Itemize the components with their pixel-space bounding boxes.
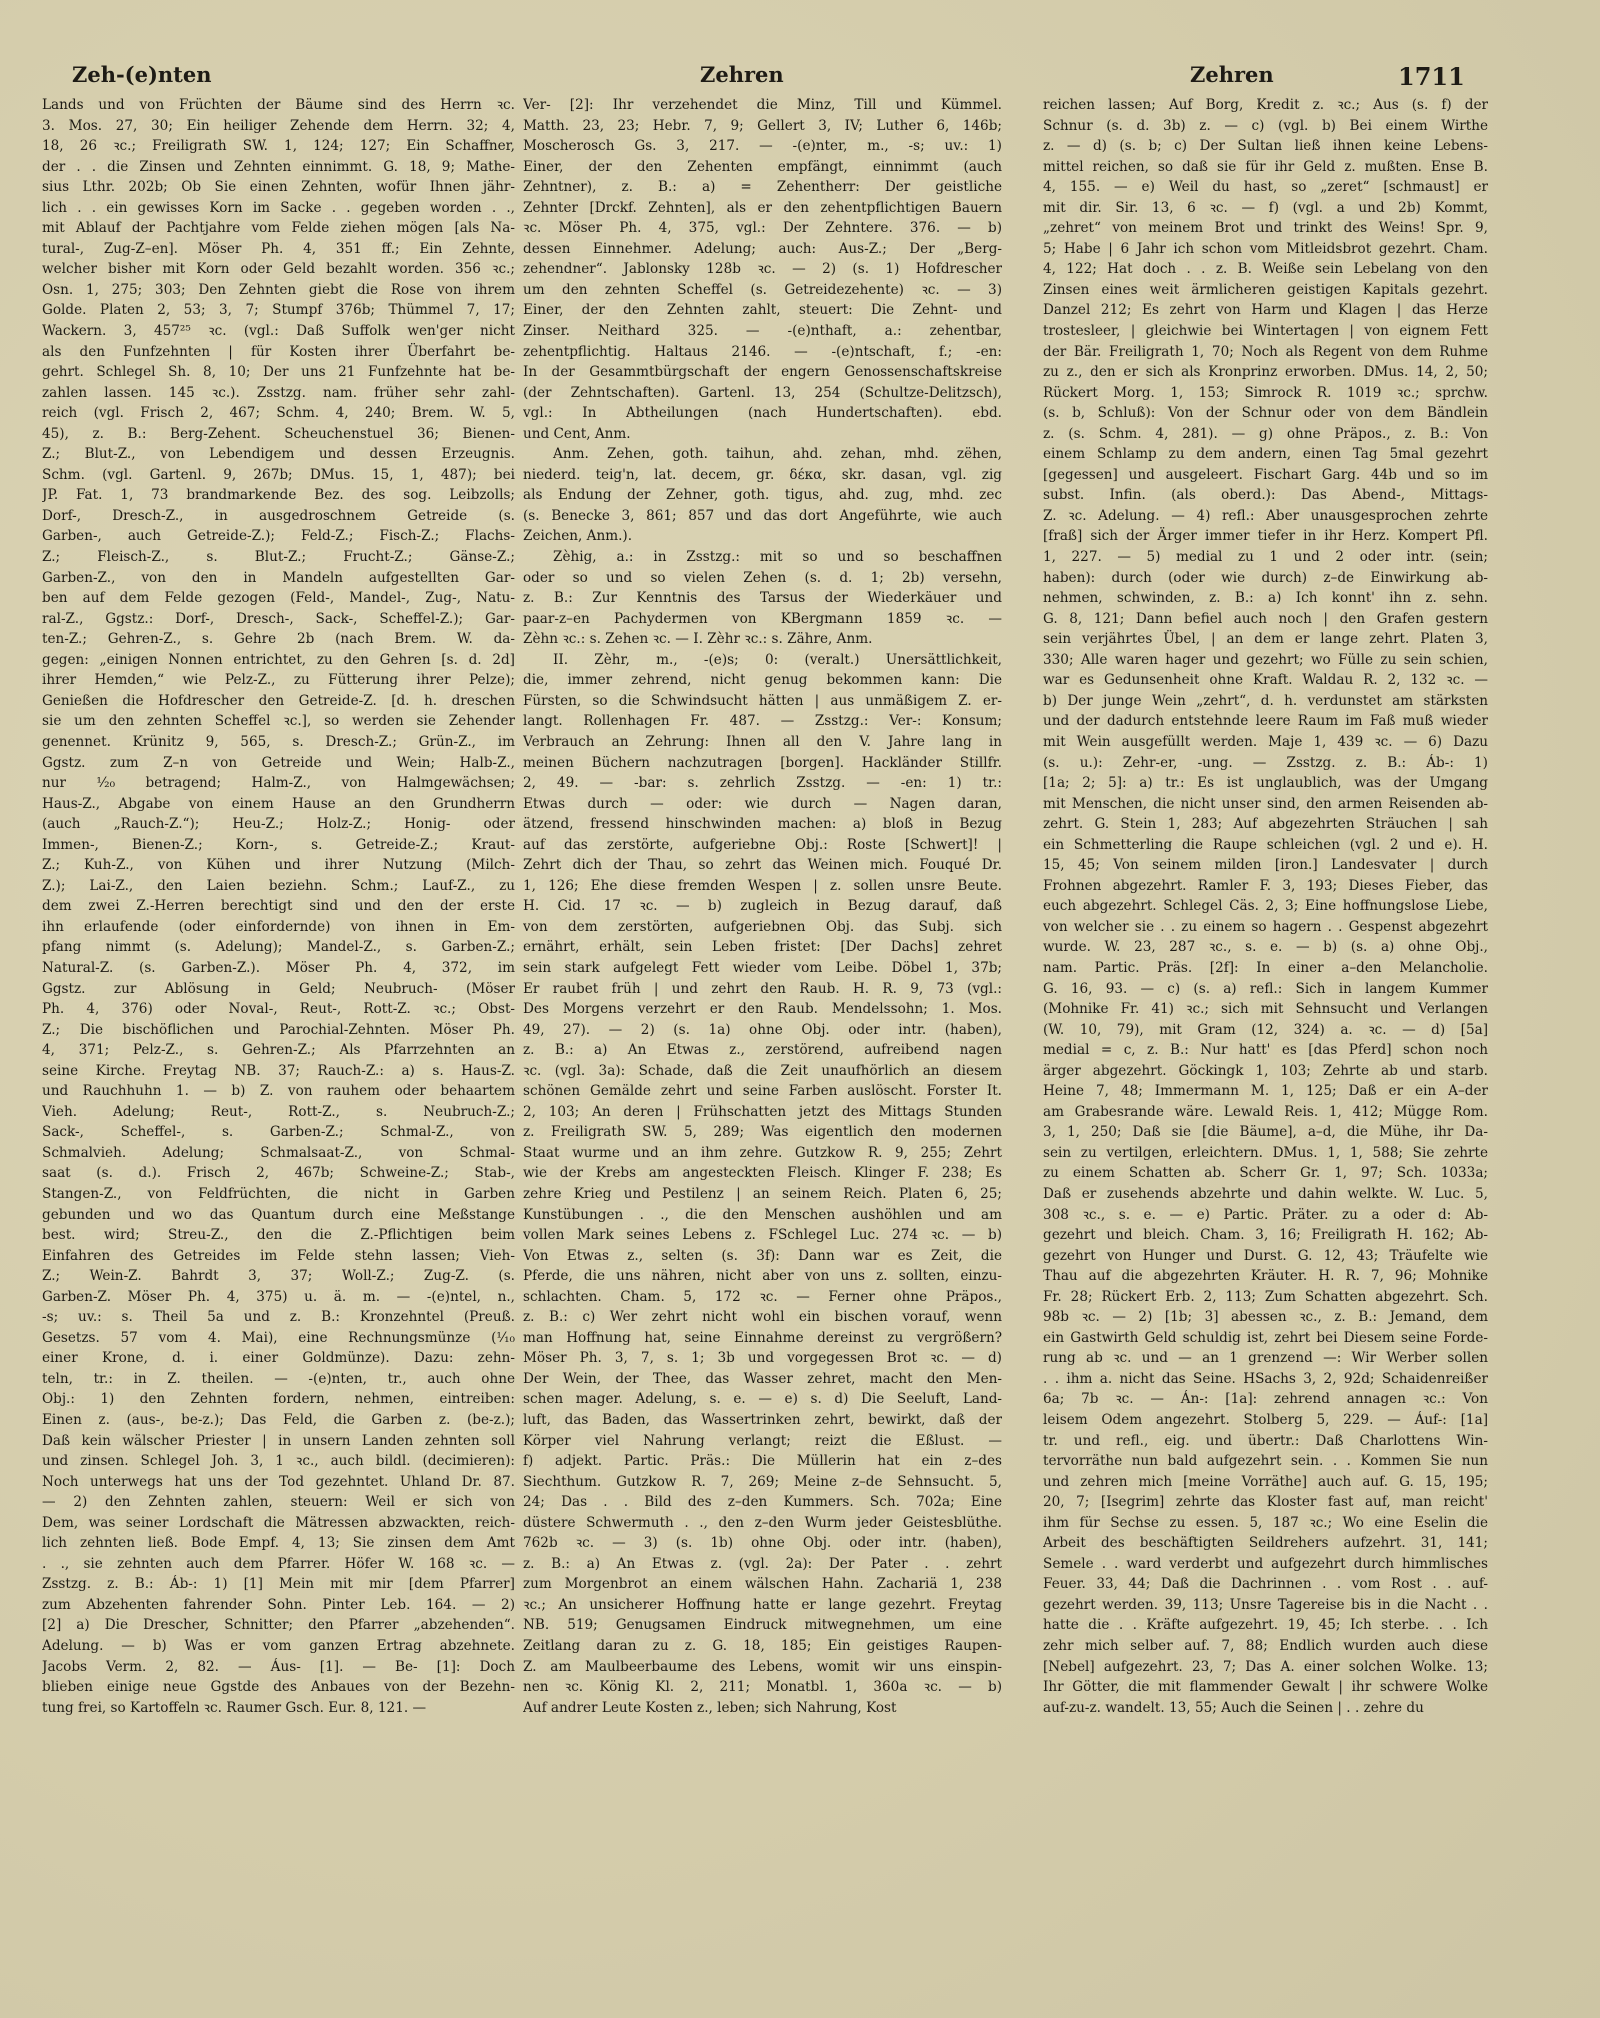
text-line: Z. ꝛc. Adelung. — 4) refl.: Aber unausge…	[1043, 506, 1488, 527]
text-line: Stangen-Z., von Feldfrüchten, die nicht …	[42, 1184, 515, 1205]
text-line: Ver- [2]: Ihr verzehendet die Minz, Till…	[523, 95, 1002, 116]
text-line: Einer, der den Zehenten empfängt, einnim…	[523, 157, 1002, 178]
text-line: Osn. 1, 275; 303; Den Zehnten giebt die …	[42, 280, 515, 301]
text-line: gezehrt werden. 39, 113; Unsre Tagereise…	[1043, 1595, 1488, 1616]
text-line: 6a; 7b ꝛc. — Án-: [1a]: zehrend annagen …	[1043, 1389, 1488, 1410]
text-line: . ., sie zehnten auch dem Pfarrer. Höfer…	[42, 1554, 515, 1575]
text-line: ätzend, fressend hinschwinden machen: a)…	[523, 814, 1002, 835]
text-line: reich (vgl. Frisch 2, 467; Schm. 4, 240;…	[42, 403, 515, 424]
text-line: Obj.: 1) den Zehnten fordern, nehmen, ei…	[42, 1389, 515, 1410]
text-line: zehendner“. Jablonsky 128b ꝛc. — 2) (s. …	[523, 259, 1002, 280]
text-line: ihm für Sechse zu essen. 5, 187 ꝛc.; Wo …	[1043, 1513, 1488, 1534]
text-line: ral-Z., Ggstz.: Dorf-, Dresch-, Sack-, S…	[42, 609, 515, 630]
text-line: 98b ꝛc. — 2) [1b; 3] abessen ꝛc., z. B.:…	[1043, 1307, 1488, 1328]
text-line: paar-z–en Pachydermen von KBergmann 1859…	[523, 609, 1002, 630]
text-line: Ph. 4, 376) oder Noval-, Reut-, Rott-Z. …	[42, 999, 515, 1020]
text-line: ꝛc.; An unsicherer Hoffnung hatte er lan…	[523, 1595, 1002, 1616]
text-line: Z.; Die bischöflichen und Parochial-Zehn…	[42, 1020, 515, 1041]
text-line: war es Gedunsenheit ohne Kraft. Waldau R…	[1043, 670, 1488, 691]
text-line: b) Der junge Wein „zehrt“, d. h. verduns…	[1043, 691, 1488, 712]
text-line: sius Lthr. 202b; Ob Sie einen Zehnten, w…	[42, 177, 515, 198]
text-line: z. Freiligrath SW. 5, 289; Was eigentlic…	[523, 1122, 1002, 1143]
text-line: zehr mich selber auf. 7, 88; Endlich wur…	[1043, 1636, 1488, 1657]
text-line: Immen-, Bienen-Z.; Korn-, s. Getreide-Z.…	[42, 835, 515, 856]
text-line: JP. Fat. 1, 73 brandmarkende Bez. des so…	[42, 485, 515, 506]
text-line: ihn erlaufende (oder einfordernde) von i…	[42, 917, 515, 938]
text-line: Daß er zusehends abzehrte und dahin welk…	[1043, 1184, 1488, 1205]
text-line: und zehren mich [meine Vorräthe] auch au…	[1043, 1472, 1488, 1493]
text-line: nam. Partic. Präs. [2f]: In einer a–den …	[1043, 958, 1488, 979]
text-line: Möser Ph. 3, 7, s. 1; 3b und vorgegessen…	[523, 1348, 1002, 1369]
text-line: auf-zu-z. wandelt. 13, 55; Auch die Sein…	[1043, 1698, 1488, 1719]
text-line: Siechthum. Gutzkow R. 7, 269; Meine z–de…	[523, 1472, 1002, 1493]
text-line: Ihr Götter, die mit flammender Gewalt | …	[1043, 1677, 1488, 1698]
text-line: 330; Alle waren hager und gezehrt; wo Fü…	[1043, 650, 1488, 671]
text-line: Adelung. — b) Was er vom ganzen Ertrag a…	[42, 1636, 515, 1657]
text-line: zum Morgenbrot an einem wälschen Hahn. Z…	[523, 1574, 1002, 1595]
text-line: z. B.: a) An Etwas z., zerstörend, aufre…	[523, 1040, 1002, 1061]
text-line: düstere Schwermuth . ., den z–den Wurm j…	[523, 1513, 1002, 1534]
text-line: Haus-Z., Abgabe von einem Hause an den G…	[42, 794, 515, 815]
text-line: Garben-, auch Getreide-Z.); Feld-Z.; Fis…	[42, 526, 515, 547]
text-line: gezehrt von Hunger und Durst. G. 12, 43;…	[1043, 1246, 1488, 1267]
text-line: Z. am Maulbeerbaume des Lebens, womit wi…	[523, 1657, 1002, 1678]
text-line: 4, 122; Hat doch . . z. B. Weiße sein Le…	[1043, 259, 1488, 280]
text-line: -s; uv.: s. Theil 5a und z. B.: Kronzehn…	[42, 1307, 515, 1328]
text-line: Schm. (vgl. Gartenl. 9, 267b; DMus. 15, …	[42, 465, 515, 486]
text-line: Einer, der den Zehnten zahlt, steuert: D…	[523, 300, 1002, 321]
dictionary-column-3: reichen lassen; Auf Borg, Kredit z. ꝛc.;…	[1043, 95, 1488, 1718]
text-line: sein verjährtes Übel, | an dem er lange …	[1043, 629, 1488, 650]
text-line: gezehrt und bleich. Cham. 3, 16; Freilig…	[1043, 1225, 1488, 1246]
text-line: meinen Büchern nachzutragen [borgen]. Ha…	[523, 753, 1002, 774]
text-line: Staat wurme und an ihm zehre. Gutzkow R.…	[523, 1143, 1002, 1164]
text-line: teln, tr.: in Z. theilen. — -(e)nten, tr…	[42, 1369, 515, 1390]
text-line: und Rauchhuhn 1. — b) Z. von rauhem oder…	[42, 1081, 515, 1102]
text-line: Z.; Blut-Z., von Lebendigem und dessen E…	[42, 444, 515, 465]
text-line: . . ihm a. nicht das Seine. HSachs 3, 2,…	[1043, 1369, 1488, 1390]
text-line: Verbrauch an Zehrung: Ihnen all den V. J…	[523, 732, 1002, 753]
text-line: subst. Infin. (als oberd.): Das Abend-, …	[1043, 485, 1488, 506]
text-line: leisem Odem angezehrt. Stolberg 5, 229. …	[1043, 1410, 1488, 1431]
text-line: Er raubet früh | und zehrt den Raub. H. …	[523, 979, 1002, 1000]
text-line: tural-, Zug-Z–en]. Möser Ph. 4, 351 ff.;…	[42, 239, 515, 260]
text-line: trostesleer, | gleichwie bei Wintertagen…	[1043, 321, 1488, 342]
text-line: saat (s. d.). Frisch 2, 467b; Schweine-Z…	[42, 1163, 515, 1184]
text-line: Zinsen eines weit ärmlicheren geistigen …	[1043, 280, 1488, 301]
text-line: H. Cid. 17 ꝛc. — b) zugleich in Bezug da…	[523, 896, 1002, 917]
text-line: 308 ꝛc., s. e. — e) Partic. Präter. zu a…	[1043, 1205, 1488, 1226]
text-line: Etwas durch — oder: wie durch — Nagen da…	[523, 794, 1002, 815]
text-line: G. 8, 121; Dann befiel auch noch | den G…	[1043, 609, 1488, 630]
text-line: und der dadurch entstehnde leere Raum im…	[1043, 711, 1488, 732]
text-line: Ggstz. zum Z–n von Getreide und Wein; Ha…	[42, 753, 515, 774]
text-line: Dorf-, Dresch-Z., in ausgedroschnem Getr…	[42, 506, 515, 527]
text-line: auf das zerstörte, aufgeriebne Obj.: Ros…	[523, 835, 1002, 856]
text-line: — 2) den Zehnten zahlen, steuern: Weil e…	[42, 1492, 515, 1513]
text-line: tervorräthe nun bald aufgezehrt sein. . …	[1043, 1451, 1488, 1472]
text-line: 3, 1, 250; Daß sie [die Bäume], a–d, die…	[1043, 1122, 1488, 1143]
text-line: der Bär. Freiligrath 1, 70; Noch als Reg…	[1043, 342, 1488, 363]
text-line: [gegessen] und ausgeleert. Fischart Garg…	[1043, 465, 1488, 486]
text-line: und Cent, Anm.	[523, 424, 1002, 445]
text-line: sein zu vertilgen, erleichtern. DMus. 1,…	[1043, 1143, 1488, 1164]
text-line: G. 16, 93. — c) (s. a) refl.: Sich in la…	[1043, 979, 1488, 1000]
text-line: Garben-Z. Möser Ph. 4, 375) u. ä. m. — -…	[42, 1287, 515, 1308]
text-line: mit Menschen, die nicht unser sind, den …	[1043, 794, 1488, 815]
text-line: Pferde, die uns nähren, nicht aber von u…	[523, 1266, 1002, 1287]
text-line: Zeitlang daran zu z. G. 18, 185; Ein gei…	[523, 1636, 1002, 1657]
text-line: Kunstübungen . ., die den Menschen aushö…	[523, 1205, 1002, 1226]
text-line: Zèhig, a.: in Zsstzg.: mit so und so bes…	[523, 547, 1002, 568]
text-line: mit Ablauf der Pachtjahre vom Felde zieh…	[42, 218, 515, 239]
text-line: 15, 45; Von seinem milden [iron.] Landes…	[1043, 855, 1488, 876]
text-line: die, immer zehrend, nicht genug bekommen…	[523, 670, 1002, 691]
text-line: Danzel 212; Es zehrt von Harm und Klagen…	[1043, 300, 1488, 321]
text-line: z. B.: c) Wer zehrt nicht wohl ein bisch…	[523, 1307, 1002, 1328]
text-line: man Hoffnung hat, seine Einnahme dereins…	[523, 1328, 1002, 1349]
text-line: als Endung der Zehner, goth. tigus, ahd.…	[523, 485, 1002, 506]
text-line: gegen: „einigen Nonnen entrichtet, zu de…	[42, 650, 515, 671]
text-line: 1, 126; Ehe diese fremden Wespen | z. so…	[523, 876, 1002, 897]
text-line: Vieh. Adelung; Reut-, Rott-Z., s. Neubru…	[42, 1102, 515, 1123]
text-line: ꝛc. (vgl. 3a): Schade, daß die Zeit unau…	[523, 1061, 1002, 1082]
text-line: blieben einige neue Ggstde des Anbaues v…	[42, 1677, 515, 1698]
text-line: um den zehnten Scheffel (s. Getreidezehe…	[523, 280, 1002, 301]
text-line: ihrer Hemden,“ wie Pelz-Z., zu Fütterung…	[42, 670, 515, 691]
text-line: nur ¹⁄₂₀ betragend; Halm-Z., von Halmgew…	[42, 773, 515, 794]
text-line: (W. 10, 79), mit Gram (12, 324) a. ꝛc. —…	[1043, 1020, 1488, 1041]
text-line: best. wird; Streu-Z., den die Z.-Pflicht…	[42, 1225, 515, 1246]
text-line: z. B.: Zur Kenntnis des Tarsus der Wiede…	[523, 588, 1002, 609]
text-line: schen mager. Adelung, s. e. — e) s. d) D…	[523, 1389, 1002, 1410]
text-line: Zeichen, Anm.).	[523, 526, 1002, 547]
running-head-left: Zeh-(e)nten	[72, 62, 212, 87]
text-line: Lands und von Früchten der Bäume sind de…	[42, 95, 515, 116]
text-line: ten-Z.; Gehren-Z., s. Gehre 2b (nach Bre…	[42, 629, 515, 650]
text-line: als den Funfzehnten | für Kosten ihrer Ü…	[42, 342, 515, 363]
text-line: Dem, was seiner Lordschaft die Mätressen…	[42, 1513, 515, 1534]
text-line: Zehntner), z. B.: a) = Zehentherr: Der g…	[523, 177, 1002, 198]
text-line: Z.); Lai-Z., den Laien beziehn. Schm.; L…	[42, 876, 515, 897]
text-line: 20, 7; [Isegrim] zehrte das Kloster fast…	[1043, 1492, 1488, 1513]
text-line: zu einem Schatten ab. Scherr Gr. 1, 97; …	[1043, 1163, 1488, 1184]
text-line: euch abgezehrt. Schlegel Cäs. 2, 3; Eine…	[1043, 896, 1488, 917]
text-line: Genießen die Hofdrescher den Getreide-Z.…	[42, 691, 515, 712]
text-line: und zinsen. Schlegel Joh. 3, 1 ꝛc., auch…	[42, 1451, 515, 1472]
text-line: Z.; Fleisch-Z., s. Blut-Z.; Frucht-Z.; G…	[42, 547, 515, 568]
text-line: Feuer. 33, 44; Daß die Dachrinnen . . vo…	[1043, 1574, 1488, 1595]
text-line: ernährt, erhält, sein Leben fristet: [De…	[523, 937, 1002, 958]
text-line: Ggstz. zur Ablösung in Geld; Neubruch- (…	[42, 979, 515, 1000]
text-line: pfang nimmt (s. Adelung); Mandel-Z., s. …	[42, 937, 515, 958]
text-line: Auf andrer Leute Kosten z., leben; sich …	[523, 1698, 1002, 1719]
text-line: 2, 49. — -bar: s. zehrlich Zsstzg. — -en…	[523, 773, 1002, 794]
text-line: vgl.: In Abtheilungen (nach Hundertschaf…	[523, 403, 1002, 424]
text-line: NB. 519; Genugsamen Eindruck mitwegnehme…	[523, 1615, 1002, 1636]
text-line: ꝛc. Möser Ph. 4, 375, vgl.: Der Zehntere…	[523, 218, 1002, 239]
text-line: ben auf dem Felde gezogen (Feld-, Mandel…	[42, 588, 515, 609]
text-line: Einfahren des Getreides im Felde stehn l…	[42, 1246, 515, 1267]
text-line: [fraß] sich der Ärger immer tiefer in ih…	[1043, 526, 1488, 547]
text-line: Natural-Z. (s. Garben-Z.). Möser Ph. 4, …	[42, 958, 515, 979]
text-line: Z.; Wein-Z. Bahrdt 3, 37; Woll-Z.; Zug-Z…	[42, 1266, 515, 1287]
text-line: 5; Habe | 6 Jahr ich schon vom Mitleidsb…	[1043, 239, 1488, 260]
text-line: Rückert Morg. 1, 153; Simrock R. 1019 ꝛc…	[1043, 383, 1488, 404]
text-line: Matth. 23, 23; Hebr. 7, 9; Gellert 3, IV…	[523, 116, 1002, 137]
text-line: f) adjekt. Partic. Präs.: Die Müllerin h…	[523, 1451, 1002, 1472]
text-line: Thau auf die abgezehrten Kräuter. H. R. …	[1043, 1266, 1488, 1287]
text-line: Zehnter [Drckf. Zehnten], als er den zeh…	[523, 198, 1002, 219]
text-line: 18, 26 ꝛc.; Freiligrath SW. 1, 124; 127;…	[42, 136, 515, 157]
text-line: Fr. 28; Rückert Erb. 2, 113; Zum Schatte…	[1043, 1287, 1488, 1308]
text-line: Sack-, Scheffel-, s. Garben-Z.; Schmal-Z…	[42, 1122, 515, 1143]
text-line: 3. Mos. 27, 30; Ein heiliger Zehende dem…	[42, 116, 515, 137]
text-line: zahlen lassen. 145 ꝛc.). Zsstzg. nam. fr…	[42, 383, 515, 404]
text-line: wurde. W. 23, 287 ꝛc., s. e. — b) (s. a)…	[1043, 937, 1488, 958]
text-line: haben): durch (oder wie durch) z–de Einw…	[1043, 568, 1488, 589]
text-line: 4, 155. — e) Weil du hast, so „zeret“ [s…	[1043, 177, 1488, 198]
text-line: einer Krone, d. i. einer Goldmünze). Daz…	[42, 1348, 515, 1369]
text-line: seine Kirche. Freytag NB. 37; Rauch-Z.: …	[42, 1061, 515, 1082]
text-line: (s. u.): Zehr-er, -ung. — Zsstzg. z. B.:…	[1043, 753, 1488, 774]
text-line: von welcher sie . . zu einem so hagern .…	[1043, 917, 1488, 938]
text-line: z. B.: a) An Etwas z. (vgl. 2a): Der Pat…	[523, 1554, 1002, 1575]
text-line: Wackern. 3, 457²⁵ ꝛc. (vgl.: Daß Suffolk…	[42, 321, 515, 342]
text-line: nehmen, schwinden, z. B.: a) Ich konnt' …	[1043, 588, 1488, 609]
text-line: (Mohnike Fr. 41) ꝛc.; sich mit Sehnsucht…	[1043, 999, 1488, 1020]
text-line: Gesetzs. 57 vom 4. Mai), eine Rechnungsm…	[42, 1328, 515, 1349]
text-line: dessen Einnehmer. Adelung; auch: Aus-Z.;…	[523, 239, 1002, 260]
text-line: ein Schmetterling die Raupe schleichen (…	[1043, 835, 1488, 856]
text-line: zehentpflichtig. Haltaus 2146. — -(e)nts…	[523, 342, 1002, 363]
text-line: Schmalvieh. Adelung; Schmalsaat-Z., von …	[42, 1143, 515, 1164]
text-line: Zinser. Neithard 325. — -(e)nthaft, a.: …	[523, 321, 1002, 342]
text-line: 45), z. B.: Berg-Zehent. Scheuchenstuel …	[42, 424, 515, 445]
page-number: 1711	[1398, 62, 1465, 91]
text-line: In der Gesammtbürgschaft der engern Geno…	[523, 362, 1002, 383]
text-line: Daß kein wälscher Priester | in unsern L…	[42, 1431, 515, 1452]
running-head: Zeh-(e)nten Zehren Zehren 1711	[0, 62, 1600, 92]
text-line: z. — d) (s. b; c) Der Sultan ließ ihnen …	[1043, 136, 1488, 157]
text-line: ärger abgezehrt. Göckingk 1, 103; Zehrte…	[1043, 1061, 1488, 1082]
text-line: tr. und refl., eig. und übertr.: Daß Cha…	[1043, 1431, 1488, 1452]
text-line: Jacobs Verm. 2, 82. — Áus- [1]. — Be- [1…	[42, 1657, 515, 1678]
text-line: von dem zerstörten, aufgeriebnen Obj. da…	[523, 917, 1002, 938]
text-line: lich . . ein gewisses Korn im Sacke . . …	[42, 198, 515, 219]
running-head-center: Zehren	[700, 62, 784, 87]
text-line: zehre Krieg und Pestilenz | an seinem Re…	[523, 1184, 1002, 1205]
text-line: (der Zehntschaften). Gartenl. 13, 254 (S…	[523, 383, 1002, 404]
text-line: rung ab ꝛc. und — an 1 grenzend —: Wir W…	[1043, 1348, 1488, 1369]
text-line: (auch „Rauch-Z.“); Heu-Z.; Holz-Z.; Honi…	[42, 814, 515, 835]
text-line: Schnur (s. d. 3b) z. — c) (vgl. b) Bei e…	[1043, 116, 1488, 137]
text-line: Garben-Z., von den in Mandeln aufgestell…	[42, 568, 515, 589]
text-line: vollen Mark seines Lebens z. FSchlegel L…	[523, 1225, 1002, 1246]
dictionary-column-1: Lands und von Früchten der Bäume sind de…	[42, 95, 515, 1718]
text-line: mit Wein ausgefüllt werden. Maje 1, 439 …	[1043, 732, 1488, 753]
text-line: sein stark aufgelegt Fett wieder vom Lei…	[523, 958, 1002, 979]
text-line: langt. Rollenhagen Fr. 487. — Zsstzg.: V…	[523, 711, 1002, 732]
text-line: tung frei, so Kartoffeln ꝛc. Raumer Gsch…	[42, 1698, 515, 1719]
text-line: mit dir. Sir. 13, 6 ꝛc. — f) (vgl. a und…	[1043, 198, 1488, 219]
text-line: [1a; 2; 5]: a) tr.: Es ist unglaublich, …	[1043, 773, 1488, 794]
text-line: 2, 103; An deren | Frühschatten jetzt de…	[523, 1102, 1002, 1123]
text-line: (s. Benecke 3, 861; 857 und das dort Ang…	[523, 506, 1002, 527]
text-line: (s. b, Schluß): Von der Schnur oder von …	[1043, 403, 1488, 424]
text-line: am Grabesrande wäre. Lewald Reis. 1, 412…	[1043, 1102, 1488, 1123]
text-line: genennet. Krünitz 9, 565, s. Dresch-Z.; …	[42, 732, 515, 753]
text-line: Golde. Platen 2, 53; 3, 7; Stumpf 376b; …	[42, 300, 515, 321]
text-line: Der Wein, der Thee, das Wasser zehret, m…	[523, 1369, 1002, 1390]
running-head-right: Zehren	[1190, 62, 1274, 87]
text-line: schlachten. Cham. 5, 172 ꝛc. — Ferner oh…	[523, 1287, 1002, 1308]
text-line: Moscherosch Gs. 3, 217. — -(e)nter, m., …	[523, 136, 1002, 157]
text-line: nen ꝛc. König Kl. 2, 211; Monatbl. 1, 36…	[523, 1677, 1002, 1698]
text-line: niederd. teig'n, lat. decem, gr. δέκα, s…	[523, 465, 1002, 486]
text-line: 4, 371; Pelz-Z., s. Gehren-Z.; Als Pfarr…	[42, 1040, 515, 1061]
text-line: [Nebel] aufgezehrt. 23, 7; Das A. einer …	[1043, 1657, 1488, 1678]
text-line: Z.; Kuh-Z., von Kühen und ihrer Nutzung …	[42, 855, 515, 876]
text-line: sie um den zehnten Scheffel ꝛc.], so wer…	[42, 711, 515, 732]
text-line: ein Gastwirth Geld schuldig ist, zehrt b…	[1043, 1328, 1488, 1349]
text-line: Einen z. (aus-, be-z.); Das Feld, die Ga…	[42, 1410, 515, 1431]
text-line: wie der Krebs am angesteckten Fleisch. K…	[523, 1163, 1002, 1184]
text-line: der . . die Zinsen und Zehnten einnimmt.…	[42, 157, 515, 178]
text-line: Zehrt dich der Thau, so zehrt das Weinen…	[523, 855, 1002, 876]
text-line: lich zehnten ließ. Bode Empf. 4, 13; Sie…	[42, 1533, 515, 1554]
text-line: Semele . . ward verderbt und aufgezehrt …	[1043, 1554, 1488, 1575]
text-line: Noch unterwegs hat uns der Tod gezehntet…	[42, 1472, 515, 1493]
text-line: Arbeit des beschäftigten Seildrehers auf…	[1043, 1533, 1488, 1554]
text-line: zehrt. G. Stein 1, 283; Auf abgezehrten …	[1043, 814, 1488, 835]
text-line: schönen Gemälde zehrt und seine Farben a…	[523, 1081, 1002, 1102]
text-line: einem Schlamp zu dem andern, einen Tag 5…	[1043, 444, 1488, 465]
text-line: 762b ꝛc. — 3) (s. 1b) ohne Obj. oder int…	[523, 1533, 1002, 1554]
text-line: gehrt. Schlegel Sh. 8, 10; Der uns 21 Fu…	[42, 362, 515, 383]
text-line: [2] a) Die Drescher, Schnitter; den Pfar…	[42, 1615, 515, 1636]
text-line: II. Zèhr, m., -(e)s; 0: (veralt.) Unersä…	[523, 650, 1002, 671]
text-line: reichen lassen; Auf Borg, Kredit z. ꝛc.;…	[1043, 95, 1488, 116]
text-line: oder so und so vielen Zehen (s. d. 1; 2b…	[523, 568, 1002, 589]
text-line: Anm. Zehen, goth. taihun, ahd. zehan, mh…	[523, 444, 1002, 465]
text-line: welcher bisher mit Korn oder Geld bezahl…	[42, 259, 515, 280]
text-line: gebunden und wo das Quantum durch eine M…	[42, 1205, 515, 1226]
text-line: Von Etwas z., selten (s. 3f): Dann war e…	[523, 1246, 1002, 1267]
text-line: z. (s. Schm. 4, 281). — g) ohne Präpos.,…	[1043, 424, 1488, 445]
text-line: Des Morgens verzehrt er den Raub. Mendel…	[523, 999, 1002, 1020]
text-line: Frohnen abgezehrt. Ramler F. 3, 193; Die…	[1043, 876, 1488, 897]
dictionary-column-2: Ver- [2]: Ihr verzehendet die Minz, Till…	[523, 95, 1002, 1718]
text-line: Körper viel Nahrung verlangt; reizt die …	[523, 1431, 1002, 1452]
text-line: zum Abzehenten fahrender Sohn. Pinter Le…	[42, 1595, 515, 1616]
text-line: dem zwei Z.-Herren berechtigt sind und d…	[42, 896, 515, 917]
text-line: 49, 27). — 2) (s. 1a) ohne Obj. oder int…	[523, 1020, 1002, 1041]
text-line: 24; Das . . Bild des z–den Kummers. Sch.…	[523, 1492, 1002, 1513]
text-line: Zèhn ꝛc.: s. Zehen ꝛc. — I. Zèhr ꝛc.: s.…	[523, 629, 1002, 650]
text-line: mittel reichen, so daß sie für ihr Geld …	[1043, 157, 1488, 178]
text-line: Fürsten, so die Schwindsucht hätten | au…	[523, 691, 1002, 712]
text-line: zu z., den er sich als Kronprinz erworbe…	[1043, 362, 1488, 383]
text-line: luft, das Baden, das Wassertrinken zehrt…	[523, 1410, 1002, 1431]
text-line: Heine 7, 48; Immermann M. 1, 125; Daß er…	[1043, 1081, 1488, 1102]
text-line: Zsstzg. z. B.: Áb-: 1) [1] Mein mit mir …	[42, 1574, 515, 1595]
text-line: hatte die . . Kräfte aufgezehrt. 19, 45;…	[1043, 1615, 1488, 1636]
text-line: „zehret“ von meinem Brot und trinkt des …	[1043, 218, 1488, 239]
text-line: 1, 227. — 5) medial zu 1 und 2 oder intr…	[1043, 547, 1488, 568]
text-line: medial = c, z. B.: Nur hatt' es [das Pfe…	[1043, 1040, 1488, 1061]
